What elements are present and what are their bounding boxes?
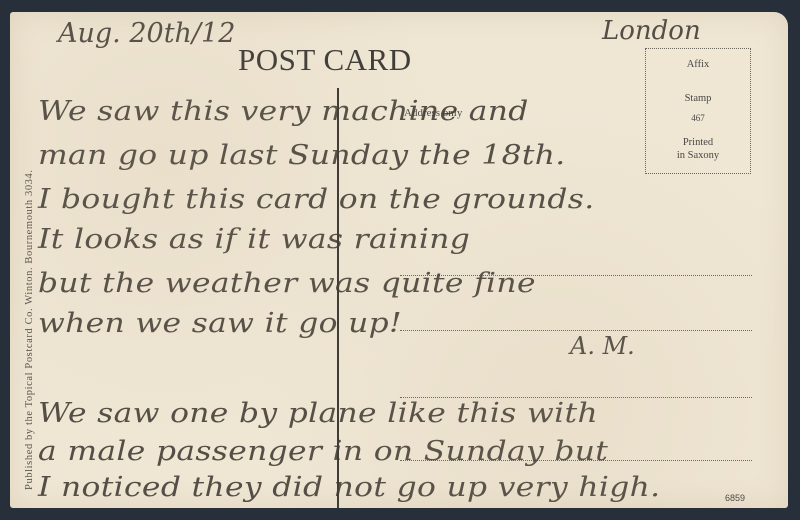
message-line: I bought this card on the grounds. xyxy=(38,184,595,215)
stamp-box: Affix Stamp 467 Printed in Saxony xyxy=(645,48,751,174)
message-line: man go up last Sunday the 18th. xyxy=(38,140,566,171)
address-line-2 xyxy=(400,330,752,331)
signature: A. M. xyxy=(570,332,635,360)
message-line: when we saw it go up! xyxy=(38,308,402,339)
publisher-imprint: Published by the Topical Postcard Co. Wi… xyxy=(24,169,35,490)
handwritten-place: London xyxy=(602,16,701,46)
handwritten-date: Aug. 20th/12 xyxy=(58,18,235,49)
serial-number: 6859 xyxy=(725,493,745,503)
postcard: Published by the Topical Postcard Co. Wi… xyxy=(10,12,788,508)
postcard-title: POST CARD xyxy=(238,42,412,78)
stamp-text-origin: in Saxony xyxy=(646,150,750,161)
stamp-text-stamp: Stamp xyxy=(646,93,750,104)
message-line: We saw one by plane like this with xyxy=(38,398,598,429)
stamp-text-printed: Printed xyxy=(646,137,750,148)
message-line: It looks as if it was raining xyxy=(38,224,470,255)
stamp-text-number: 467 xyxy=(646,113,750,123)
message-line: We saw this very machine and xyxy=(38,96,529,127)
stamp-text-affix: Affix xyxy=(646,59,750,70)
message-line: a male passenger in on Sunday but xyxy=(38,436,608,467)
message-line: I noticed they did not go up very high. xyxy=(38,472,660,503)
message-line: but the weather was quite fine xyxy=(38,268,536,299)
